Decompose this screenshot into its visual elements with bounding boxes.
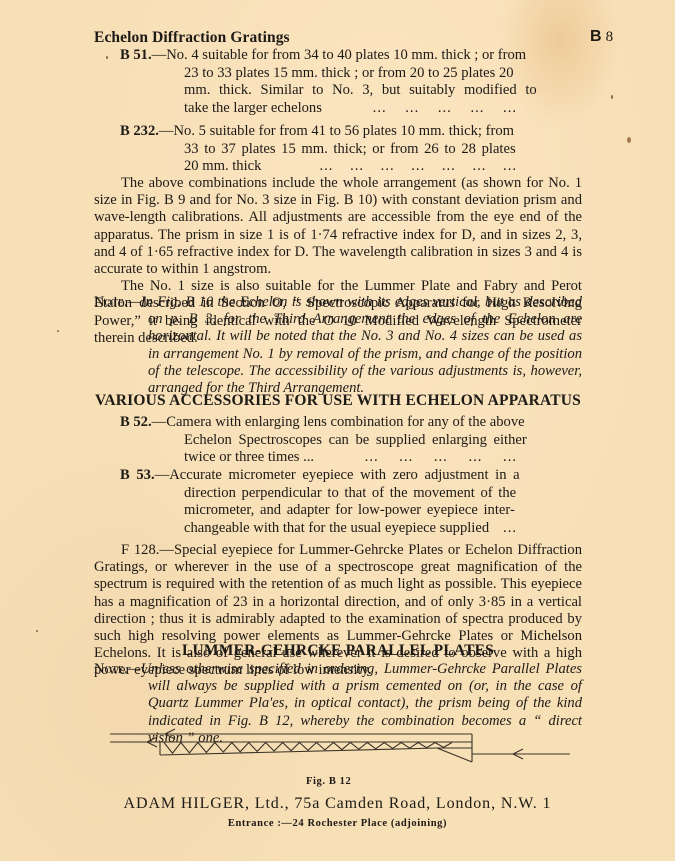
paper-speck [611, 95, 613, 99]
paper-speck [106, 56, 108, 59]
figure-caption: Fig. B 12 [306, 776, 351, 787]
paper-speck [36, 630, 38, 632]
paper-speck [627, 137, 631, 143]
entrance-note: Entrance :—24 Rochester Place (adjoining… [0, 818, 675, 829]
figure-lummer-plate-diagram [0, 0, 675, 861]
publisher-address: ADAM HILGER, Ltd., 75a Camden Road, Lond… [0, 795, 675, 813]
paper-speck [57, 330, 59, 332]
